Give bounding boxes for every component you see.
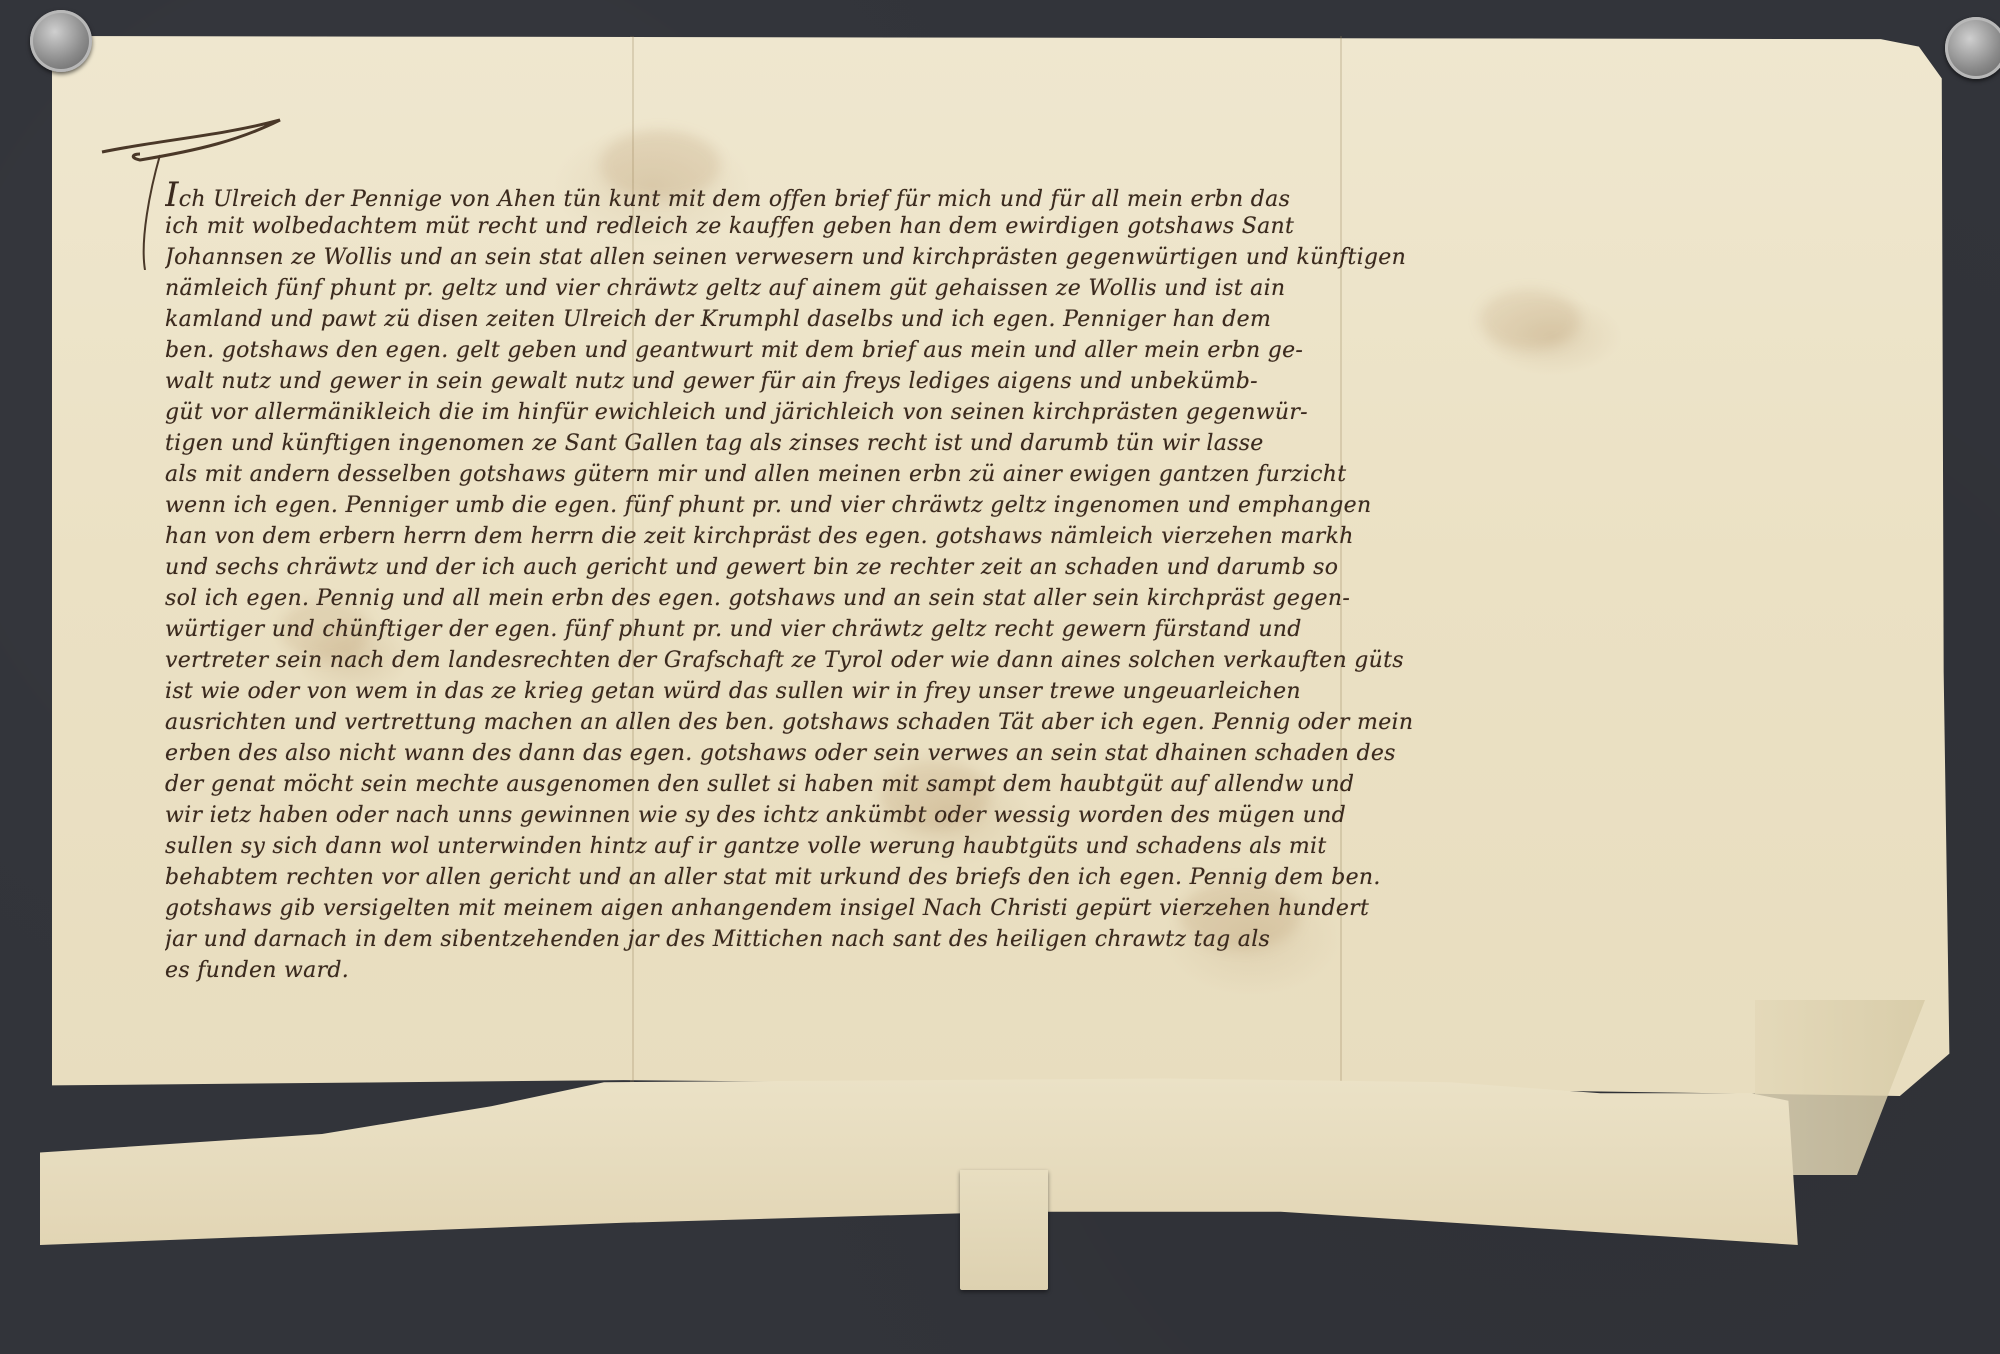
text-line: sullen sy sich dann wol unterwinden hint… (165, 831, 1915, 862)
text-line: nämleich fünf phunt pr. geltz und vier c… (165, 273, 1915, 304)
text-line: tigen und künftigen ingenomen ze Sant Ga… (165, 428, 1915, 459)
mounting-pin-left (30, 10, 92, 72)
text-line: sol ich egen. Pennig und all mein erbn d… (165, 583, 1915, 614)
text-line: der genat möcht sein mechte ausgenomen d… (165, 769, 1915, 800)
text-line: ben. gotshaws den egen. gelt geben und g… (165, 335, 1915, 366)
text-line: kamland und pawt zü disen zeiten Ulreich… (165, 304, 1915, 335)
text-line: Johannsen ze Wollis und an sein stat all… (165, 242, 1915, 273)
text-line: als mit andern desselben gotshaws gütern… (165, 459, 1915, 490)
initial-letter: I (165, 180, 179, 211)
text-line: Ich Ulreich der Pennige von Ahen tün kun… (165, 180, 1915, 211)
text-line: und sechs chräwtz und der ich auch geric… (165, 552, 1915, 583)
text-line: güt vor allermänikleich die im hinfür ew… (165, 397, 1915, 428)
text-line: behabtem rechten vor allen gericht und a… (165, 862, 1915, 893)
text-line-final: es funden ward. (165, 955, 465, 986)
text-line: ist wie oder von wem in das ze krieg get… (165, 676, 1915, 707)
seal-tag (960, 1170, 1048, 1290)
text-line: han von dem erbern herrn dem herrn die z… (165, 521, 1915, 552)
mounting-pin-right (1945, 17, 2000, 79)
text-line: vertreter sein nach dem landesrechten de… (165, 645, 1915, 676)
text-line: wenn ich egen. Penniger umb die egen. fü… (165, 490, 1915, 521)
text-line: wir ietz haben oder nach unns gewinnen w… (165, 800, 1915, 831)
text-line: gotshaws gib versigelten mit meinem aige… (165, 893, 1915, 924)
text-line: walt nutz und gewer in sein gewalt nutz … (165, 366, 1915, 397)
text-line: würtiger und chünftiger der egen. fünf p… (165, 614, 1915, 645)
text-line: erben des also nicht wann des dann das e… (165, 738, 1915, 769)
charter-text: Ich Ulreich der Pennige von Ahen tün kun… (165, 180, 1915, 986)
text-line: jar und darnach in dem sibentzehenden ja… (165, 924, 1915, 955)
text-line: ausrichten und vertrettung machen an all… (165, 707, 1915, 738)
text-line: ich mit wolbedachtem müt recht und redle… (165, 211, 1915, 242)
